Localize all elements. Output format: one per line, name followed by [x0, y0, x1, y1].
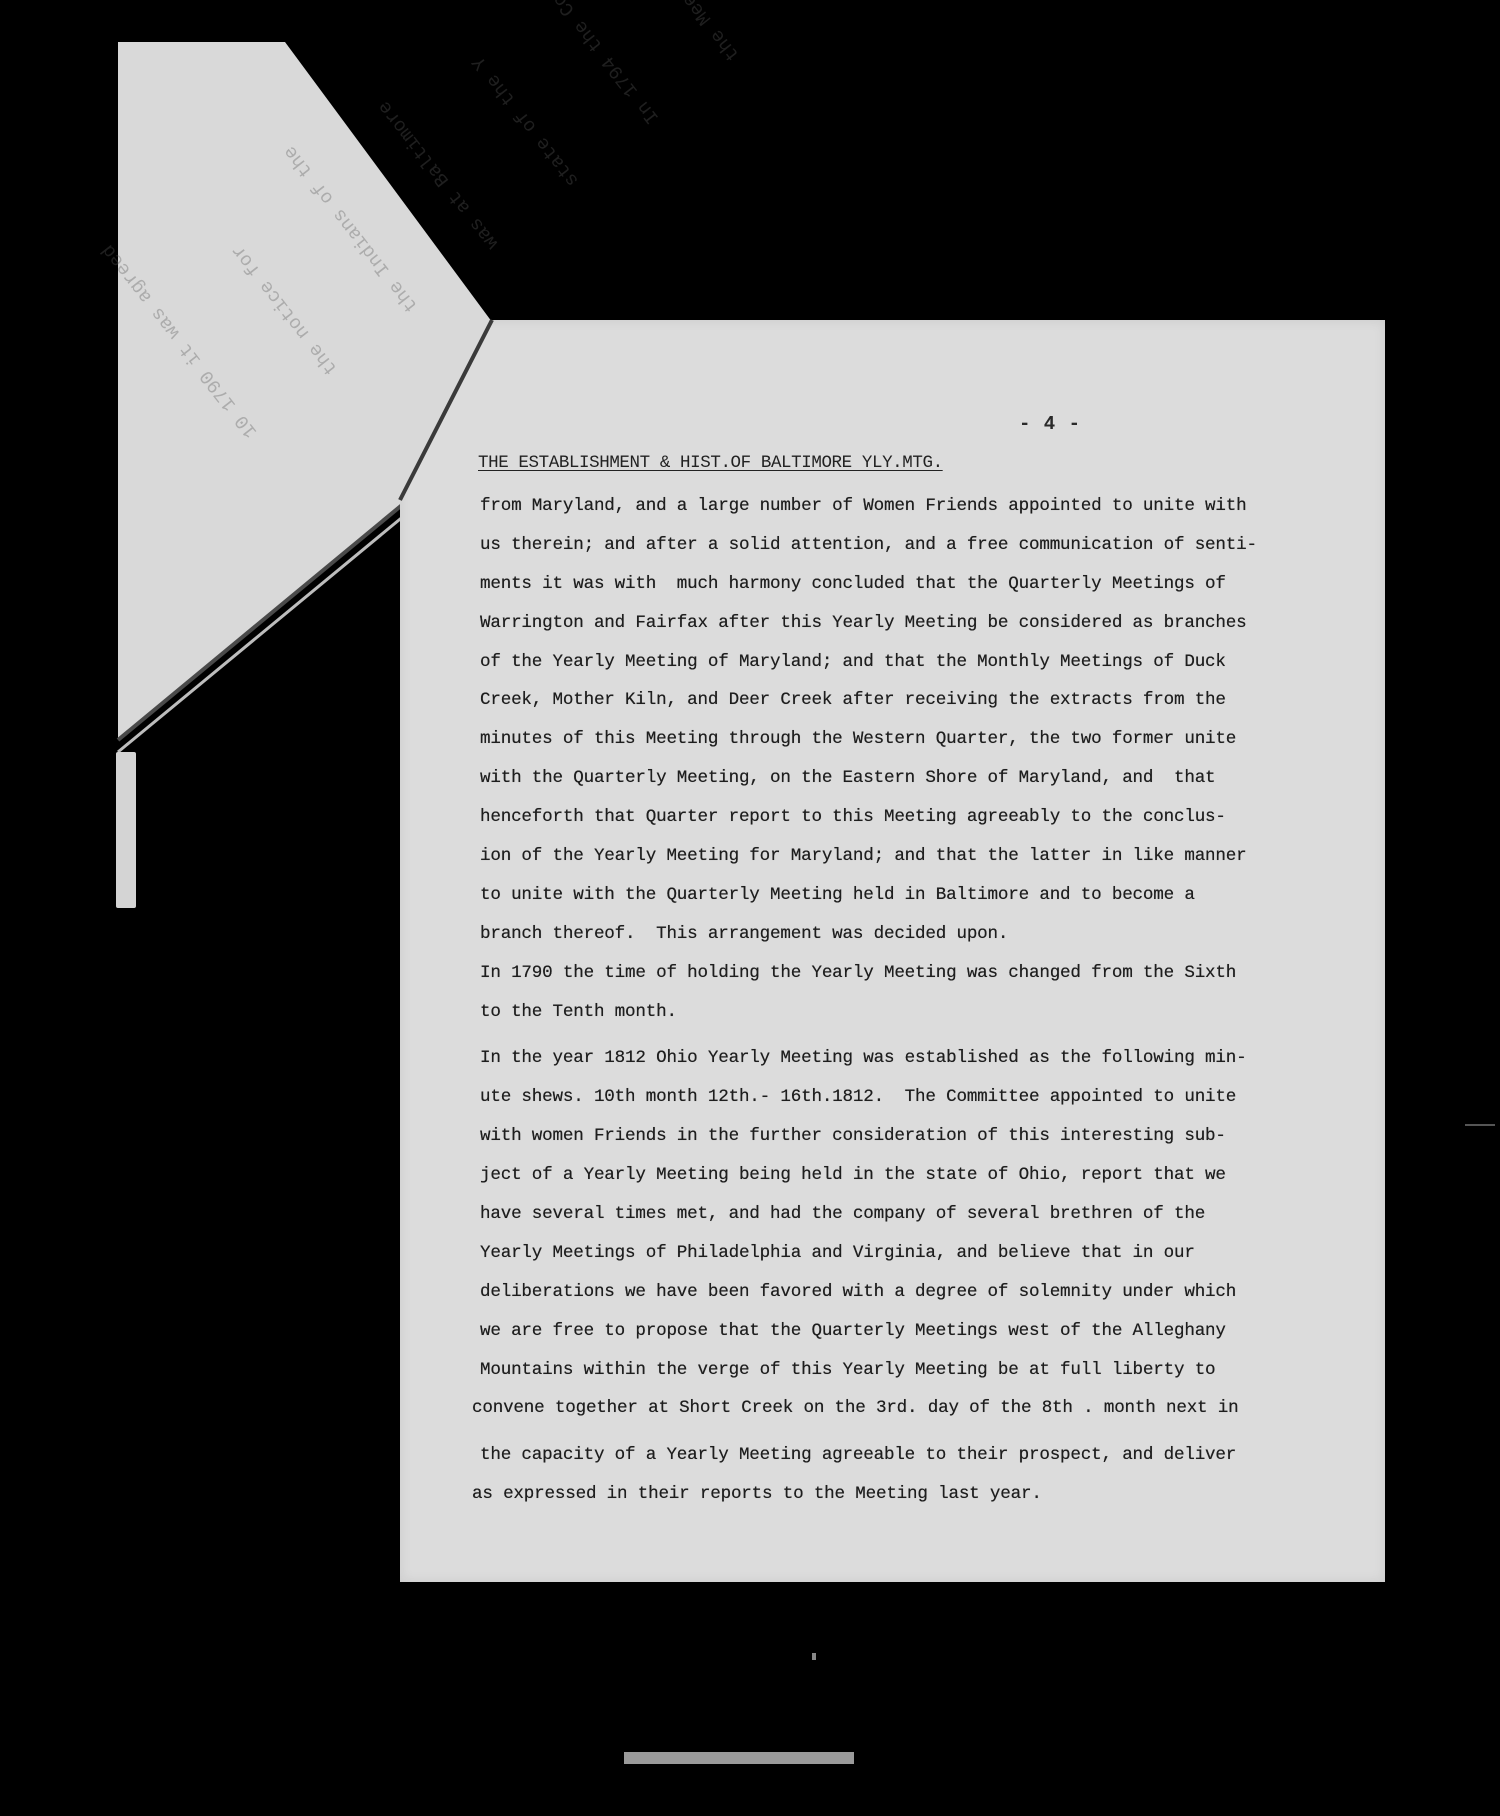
scan-artifact-dot: [812, 1653, 816, 1660]
document-page: - 4 - THE ESTABLISHMENT & HIST.OF BALTIM…: [400, 320, 1385, 1582]
text-line: ute shews. 10th month 12th.- 16th.1812. …: [480, 1078, 1360, 1117]
text-line: of the Yearly Meeting of Maryland; and t…: [480, 643, 1360, 682]
text-line: with the Quarterly Meeting, on the Easte…: [480, 759, 1360, 798]
text-line: minutes of this Meeting through the West…: [480, 720, 1360, 759]
scan-artifact-tape: [624, 1752, 854, 1764]
paragraph-3: In the year 1812 Ohio Yearly Meeting was…: [480, 1039, 1360, 1514]
text-line: to the Tenth month.: [480, 993, 1360, 1032]
page-number: - 4 -: [850, 413, 1250, 435]
page-heading: THE ESTABLISHMENT & HIST.OF BALTIMORE YL…: [478, 453, 943, 473]
paper-strip: [116, 752, 136, 908]
text-line: ject of a Yearly Meeting being held in t…: [480, 1156, 1360, 1195]
text-line: we are free to propose that the Quarterl…: [480, 1312, 1360, 1351]
paragraph-1: from Maryland, and a large number of Wom…: [480, 487, 1360, 954]
text-line: In the year 1812 Ohio Yearly Meeting was…: [480, 1039, 1360, 1078]
text-line: with women Friends in the further consid…: [480, 1117, 1360, 1156]
text-line: deliberations we have been favored with …: [480, 1273, 1360, 1312]
text-line: In 1790 the time of holding the Yearly M…: [480, 954, 1360, 993]
text-line: convene together at Short Creek on the 3…: [472, 1389, 1360, 1428]
text-line: ments it was with much harmony concluded…: [480, 565, 1360, 604]
text-line: from Maryland, and a large number of Wom…: [480, 487, 1360, 526]
text-line: ion of the Yearly Meeting for Maryland; …: [480, 837, 1360, 876]
text-line: to unite with the Quarterly Meeting held…: [480, 876, 1360, 915]
text-line: henceforth that Quarter report to this M…: [480, 798, 1360, 837]
flap-line: the notice for: [62, 31, 347, 383]
text-line: us therein; and after a solid attention,…: [480, 526, 1360, 565]
paragraph-2: In 1790 the time of holding the Yearly M…: [480, 954, 1360, 1032]
text-line: Mountains within the verge of this Yearl…: [480, 1351, 1360, 1390]
text-line: the capacity of a Yearly Meeting agreeab…: [480, 1436, 1360, 1475]
document-body: from Maryland, and a large number of Wom…: [480, 487, 1360, 1514]
text-line: Warrington and Fairfax after this Yearly…: [480, 604, 1360, 643]
text-line: as expressed in their reports to the Mee…: [472, 1475, 1360, 1514]
text-line: have several times met, and had the comp…: [480, 1195, 1360, 1234]
text-line: Creek, Mother Kiln, and Deer Creek after…: [480, 681, 1360, 720]
scan-artifact-dash: [1465, 1124, 1495, 1126]
text-line: branch thereof. This arrangement was dec…: [480, 915, 1360, 954]
text-line: Yearly Meetings of Philadelphia and Virg…: [480, 1234, 1360, 1273]
